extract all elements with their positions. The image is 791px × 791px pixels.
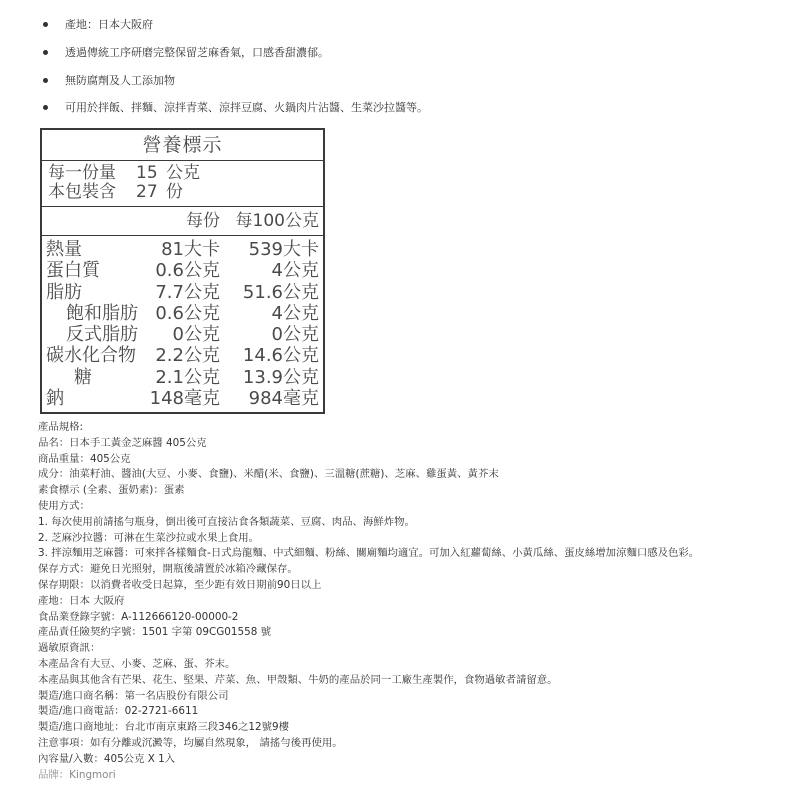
nutrient-row: 糖2.1公克13.9公克 [42,367,323,388]
nutrient-per-100g: 13.9公克 [243,367,319,388]
feature-item: 產地：日本大阪府 [43,18,153,32]
spec-notes: 注意事項：如有分離或沉澱等，均屬自然現象， 請搖勻後再使用。 [38,736,699,752]
serving-size-label: 每一份量 [48,164,136,183]
nutrition-title: 營養標示 [42,130,323,161]
spec-manufacturer-address: 製造/進口商地址：台北市南京東路三段346之12號9樓 [38,720,699,736]
feature-text: 產地：日本大阪府 [65,18,153,31]
nutrient-row: 飽和脂肪0.6公克4公克 [42,303,323,324]
feature-item: 可用於拌飯、拌麵、涼拌青菜、涼拌豆腐、火鍋肉片沾醬、生菜沙拉醬等。 [43,101,428,115]
nutrient-per-serving: 0.6公克 [155,260,220,281]
bullet-icon [43,78,48,83]
spec-origin: 產地：日本 大阪府 [38,594,699,610]
column-per-serving: 每份 [186,207,220,235]
serving-size-value: 15 [136,164,166,183]
nutrient-row: 反式脂肪0公克0公克 [42,324,323,345]
spec-usage-3: 3. 拌涼麵用芝麻醬：可來拌各樣麵食-日式烏龍麵、中式細麵、粉絲、關廟麵均適宜。… [38,546,699,562]
spec-allergen-heading: 過敏原資訊： [38,641,699,657]
nutrient-name: 脂肪 [46,282,82,303]
spec-registration: 食品業登錄字號：A-112666120-00000-2 [38,610,699,626]
nutrient-per-100g: 4公克 [272,303,319,324]
spec-manufacturer-phone: 製造/進口商電話：02-2721-6611 [38,704,699,720]
nutrient-name: 鈉 [46,388,64,409]
nutrient-name: 飽和脂肪 [66,303,138,324]
nutrient-per-100g: 51.6公克 [243,282,319,303]
spec-allergen-facility: 本產品與其他含有芒果、花生、堅果、芹菜、魚、甲殼類、牛奶的產品於同一工廠生產製作… [38,673,699,689]
nutrient-per-serving: 81大卡 [161,239,220,260]
spec-weight: 商品重量：405公克 [38,452,699,468]
spec-heading: 產品規格: [38,420,699,436]
serving-info: 每一份量15公克 本包裝含27份 [42,161,323,207]
nutrient-row: 鈉148毫克984毫克 [42,388,323,409]
spec-shelf-life: 保存期限：以消費者收受日起算，至少距有效日期前90日以上 [38,578,699,594]
product-specifications: 產品規格: 品名：日本手工黃金芝麻醬 405公克 商品重量：405公克 成分：油… [38,420,699,783]
feature-text: 可用於拌飯、拌麵、涼拌青菜、涼拌豆腐、火鍋肉片沾醬、生菜沙拉醬等。 [65,101,428,114]
feature-item: 無防腐劑及人工添加物 [43,74,175,88]
spec-manufacturer-name: 製造/進口商名稱：第一名店股份有限公司 [38,689,699,705]
feature-text: 無防腐劑及人工添加物 [65,74,175,87]
spec-storage: 保存方式：避免日光照射，開瓶後請置於冰箱冷藏保存。 [38,562,699,578]
spec-brand: 品牌：Kingmori [38,768,699,784]
nutrient-per-100g: 4公克 [272,260,319,281]
nutrient-per-serving: 0.6公克 [155,303,220,324]
nutrient-name: 糖 [74,367,92,388]
nutrient-row: 脂肪7.7公克51.6公克 [42,282,323,303]
bullet-icon [43,22,48,27]
nutrient-per-100g: 539大卡 [249,239,319,260]
servings-label: 本包裝含 [48,183,136,202]
bullet-icon [43,105,48,110]
nutrient-per-100g: 0公克 [272,324,319,345]
spec-allergen-contains: 本產品含有大豆、小麥、芝麻、蛋、芥末。 [38,657,699,673]
nutrient-name: 反式脂肪 [66,324,138,345]
nutrient-name: 熱量 [46,239,82,260]
spec-usage-2: 2. 芝麻沙拉醬：可淋在生菜沙拉或水果上食用。 [38,531,699,547]
spec-insurance: 產品責任險契約字號：1501 字第 09CG01558 號 [38,625,699,641]
spec-usage-heading: 使用方式： [38,499,699,515]
nutrient-per-serving: 2.2公克 [155,345,220,366]
feature-item: 透過傳統工序研磨完整保留芝麻香氣，口感香甜濃郁。 [43,46,329,60]
nutrient-row: 蛋白質0.6公克4公克 [42,260,323,281]
spec-vegetarian: 素食標示 (全素、蛋奶素)：蛋素 [38,483,699,499]
nutrition-column-headers: 每份 每100公克 [42,207,323,236]
servings-value: 27 [136,183,166,202]
nutrient-per-100g: 984毫克 [249,388,319,409]
nutrient-per-serving: 7.7公克 [155,282,220,303]
bullet-icon [43,50,48,55]
spec-ingredients: 成分：油菜籽油、醬油(大豆、小麥、食鹽)、米醋(米、食鹽)、三溫糖(蔗糖)、芝麻… [38,467,699,483]
nutrient-name: 蛋白質 [46,260,100,281]
spec-usage-1: 1. 每次使用前請搖勻瓶身，倒出後可直接沾食各類蔬菜、豆腐、肉品、海鮮炸物。 [38,515,699,531]
nutrition-rows: 熱量81大卡539大卡 蛋白質0.6公克4公克 脂肪7.7公克51.6公克 飽和… [42,236,323,409]
column-per-100g: 每100公克 [236,207,319,235]
nutrient-per-100g: 14.6公克 [243,345,319,366]
serving-size-row: 每一份量15公克 [48,164,323,183]
nutrient-row: 熱量81大卡539大卡 [42,239,323,260]
nutrient-per-serving: 2.1公克 [155,367,220,388]
feature-text: 透過傳統工序研磨完整保留芝麻香氣，口感香甜濃郁。 [65,46,329,59]
serving-size-unit: 公克 [166,164,200,183]
nutrient-per-serving: 0公克 [173,324,220,345]
servings-per-package-row: 本包裝含27份 [48,183,323,202]
nutrient-name: 碳水化合物 [46,345,136,366]
servings-unit: 份 [166,183,183,202]
spec-product-name: 品名：日本手工黃金芝麻醬 405公克 [38,436,699,452]
nutrient-row: 碳水化合物2.2公克14.6公克 [42,345,323,366]
nutrition-facts-table: 營養標示 每一份量15公克 本包裝含27份 每份 每100公克 熱量81大卡53… [40,128,325,414]
nutrient-per-serving: 148毫克 [150,388,220,409]
spec-contents: 內容量/入數：405公克 X 1入 [38,752,699,768]
